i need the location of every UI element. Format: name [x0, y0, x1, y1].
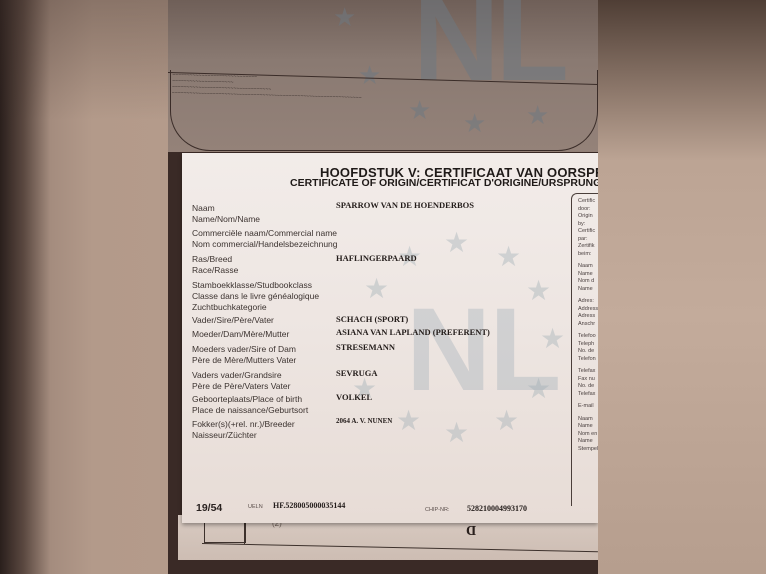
breed-value: HAFLINGERPAARD [336, 253, 417, 263]
field-label: Place de naissance/Geburtsort [192, 405, 308, 416]
field-label: Zuchtbuchkategorie [192, 302, 319, 313]
field-studbook-class: Stamboekklasse/Studbookclass Classe dans… [192, 280, 319, 313]
field-breed: Ras/Breed Race/Rasse HAFLINGERPAARD [192, 254, 238, 276]
phone-label: Telefoo [572, 333, 598, 341]
field-label: Vader/Sire/Père/Vater [192, 315, 274, 326]
authority-label: by: [572, 221, 598, 229]
fax-label: Fax nu [572, 376, 598, 384]
horse-name: SPARROW VAN DE HOENDERBOS [336, 200, 474, 210]
phone-label: No. de [572, 348, 598, 356]
name-label: Name [572, 271, 598, 279]
star-icon: ★ [496, 243, 521, 271]
field-breeder: Fokker(s)(+rel. nr.)/Breeder Naisseur/Zü… [192, 419, 295, 441]
field-label: Fokker(s)(+rel. nr.)/Breeder [192, 419, 295, 430]
stamp-label: Stempel [572, 446, 598, 454]
field-label: Naisseur/Züchter [192, 430, 295, 441]
address-label: Adress [572, 313, 598, 321]
star-icon: ★ [364, 275, 389, 303]
box [204, 520, 246, 543]
fax-label: No. de [572, 383, 598, 391]
authority-label: Zertifik [572, 243, 598, 251]
authority-label: door: [572, 206, 598, 214]
email-label: E-mail [572, 403, 598, 411]
certificate-of-origin: NL ★ ★ ★ ★ ★ ★ ★ ★ ★ ★ ★ HOOFDSTUK V: CE… [182, 153, 598, 523]
signatory-label: Naam [572, 416, 598, 424]
field-label: Stamboekklasse/Studbookclass [192, 280, 319, 291]
field-label: Père de Père/Vaters Vater [192, 381, 290, 392]
address-label: Anschr [572, 321, 598, 329]
fax-label: Telefax [572, 368, 598, 376]
sire-value: SCHACH (SPORT) [336, 314, 408, 324]
name-label: Nom d [572, 278, 598, 286]
name-label: Naam [572, 263, 598, 271]
field-label: Ras/Breed [192, 254, 238, 265]
sire-of-dam-value: STRESEMANN [336, 342, 395, 352]
authority-label: par: [572, 236, 598, 244]
grandsire-value: SEVRUGA [336, 368, 378, 378]
star-icon: ★ [444, 229, 469, 257]
letter-d: D [466, 521, 476, 537]
field-grandsire: Vaders vader/Grandsire Père de Père/Vate… [192, 370, 290, 392]
fax-label: Telefax [572, 391, 598, 399]
field-label: Naam [192, 203, 260, 214]
page-number: 19/54 [196, 502, 222, 514]
field-label: Name/Nom/Name [192, 214, 260, 225]
field-place-of-birth: Geboorteplaats/Place of birth Place de n… [192, 394, 308, 416]
name-label: Name [572, 286, 598, 294]
field-label: Moeders vader/Sire of Dam [192, 344, 296, 355]
field-commercial-name: Commerciële naam/Commercial name Nom com… [192, 228, 338, 250]
signatory-label: Name [572, 423, 598, 431]
phone-label: Teleph [572, 341, 598, 349]
address-label: Adres: [572, 298, 598, 306]
star-icon: ★ [526, 375, 551, 403]
field-label: Classe dans le livre généalogique [192, 291, 319, 302]
certifying-authority-box: Certific door: Origin by: Certific par: … [571, 193, 598, 506]
address-label: Address [572, 306, 598, 314]
dam-value: ASIANA VAN LAPLAND (PREFERENT) [336, 327, 490, 337]
star-icon: ★ [396, 407, 421, 435]
ueln-label: UELN [248, 504, 263, 510]
field-dam: Moeder/Dam/Mère/Mutter ASIANA VAN LAPLAN… [192, 329, 289, 340]
field-label: Moeder/Dam/Mère/Mutter [192, 329, 289, 340]
authority-label: Certific [572, 198, 598, 206]
field-label: Vaders vader/Grandsire [192, 370, 290, 381]
signatory-label: Name [572, 438, 598, 446]
document-photo: NL ★ ★ ★ ★ ★ ~~~~~~~~~~~~~~~~~~~~~~~~~~~… [168, 0, 598, 574]
chip-label: CHIP-NR: [425, 507, 449, 513]
field-label: Nom commercial/Handelsbezeichnung [192, 239, 338, 250]
star-icon: ★ [494, 407, 519, 435]
ueln-value: HF.528005000035144 [273, 501, 345, 510]
star-icon: ★ [333, 2, 356, 33]
signatory-label: Nom en [572, 431, 598, 439]
chip-value: 528210004993170 [467, 504, 527, 513]
field-sire: Vader/Sire/Père/Vater SCHACH (SPORT) [192, 315, 274, 326]
birthplace-value: VOLKEL [336, 392, 372, 402]
field-sire-of-dam: Moeders vader/Sire of Dam Père de Mère/M… [192, 344, 296, 366]
authority-label: Origin [572, 213, 598, 221]
blurred-background-left [0, 0, 168, 574]
star-icon: ★ [444, 419, 469, 447]
field-label: Race/Rasse [192, 265, 238, 276]
star-icon: ★ [526, 277, 551, 305]
box-divider [244, 520, 245, 544]
field-label: Père de Mère/Mutters Vater [192, 355, 296, 366]
previous-page: NL ★ ★ ★ ★ ★ ~~~~~~~~~~~~~~~~~~~~~~~~~~~… [168, 0, 598, 152]
star-icon: ★ [540, 325, 565, 353]
field-label: Geboorteplaats/Place of birth [192, 394, 308, 405]
authority-label: Certific [572, 228, 598, 236]
phone-label: Telefon [572, 356, 598, 364]
blurred-background-right [598, 0, 766, 574]
authority-label: beim: [572, 251, 598, 259]
breeder-value: 2064 A. V. NUNEN [336, 417, 392, 425]
divider [202, 543, 598, 552]
page-border [170, 70, 598, 151]
field-label: Commerciële naam/Commercial name [192, 228, 338, 239]
field-name: Naam Name/Nom/Name SPARROW VAN DE HOENDE… [192, 203, 260, 225]
certificate-subtitle: CERTIFICATE OF ORIGIN/CERTIFICAT D'ORIGI… [290, 177, 598, 189]
